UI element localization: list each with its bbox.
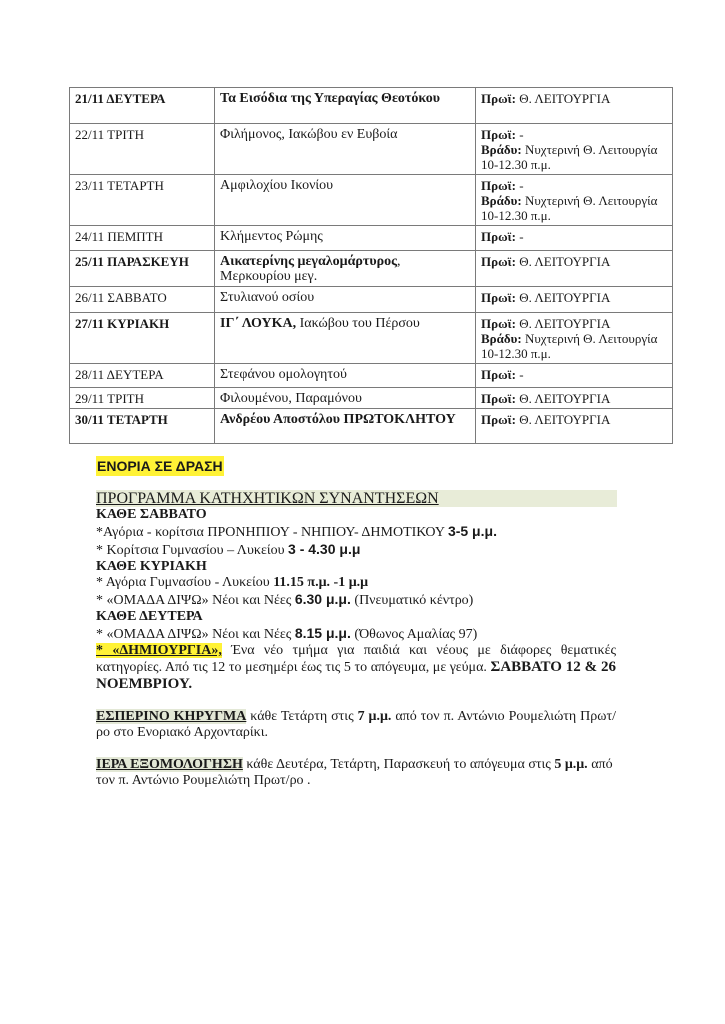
schedule-services: Πρωϊ: Θ. ΛΕΙΤΟΥΡΓΙΑ <box>476 251 673 287</box>
schedule-feast: Φιλήμονος, Ιακώβου εν Ευβοία <box>215 124 476 175</box>
sunday-heading: ΚΑΘΕ ΚΥΡΙΑΚΗ <box>96 559 616 575</box>
schedule-services: Πρωϊ: Θ. ΛΕΙΤΟΥΡΓΙΑ <box>476 388 673 409</box>
schedule-date: 21/11 ΔΕΥΤΕΡΑ <box>70 88 215 124</box>
sunday-item-1: * Αγόρια Γυμνασίου - Λυκείου 11.15 π.μ. … <box>96 575 616 591</box>
creativity-paragraph: * «ΔΗΜΙΟΥΡΓΙΑ», Ένα νέο τμήμα για παιδιά… <box>96 643 616 693</box>
schedule-row: 24/11 ΠΕΜΠΤΗΚλήμεντος ΡώμηςΠρωϊ: - <box>70 226 673 251</box>
schedule-feast: ΙΓ΄ ΛΟΥΚΑ, Ιακώβου του Πέρσου <box>215 313 476 364</box>
service-entry: Βράδυ: Νυχτερινή Θ. Λειτουργία 10-12.30 … <box>481 331 667 361</box>
schedule-row: 23/11 ΤΕΤΑΡΤΗΑμφιλοχίου ΙκονίουΠρωϊ: -Βρ… <box>70 175 673 226</box>
catechism-program-title: ΠΡΟΓΡΑΜΜΑ ΚΑΤΗΧΗΤΙΚΩΝ ΣΥΝΑΝΤΗΣΕΩΝ <box>96 490 617 507</box>
schedule-date: 30/11 ΤΕΤΑΡΤΗ <box>70 409 215 444</box>
saturday-item-1: *Αγόρια - κορίτσια ΠΡΟΝΗΠΙΟΥ - ΝΗΠΙΟΥ- Δ… <box>96 523 616 541</box>
schedule-row: 27/11 ΚΥΡΙΑΚΗΙΓ΄ ΛΟΥΚΑ, Ιακώβου του Πέρσ… <box>70 313 673 364</box>
schedule-row: 26/11 ΣΑΒΒΑΤΟΣτυλιανού οσίουΠρωϊ: Θ. ΛΕΙ… <box>70 287 673 313</box>
saturday-heading: ΚΑΘΕ ΣΑΒΒΑΤΟ <box>96 507 616 523</box>
sunday-item-2: * «ΟΜΑΔΑ ΔΙΨΩ» Νέοι και Νέες 6.30 μ.μ. (… <box>96 591 616 609</box>
schedule-feast: Στυλιανού οσίου <box>215 287 476 313</box>
schedule-date: 28/11 ΔΕΥΤΕΡΑ <box>70 364 215 388</box>
schedule-feast: Κλήμεντος Ρώμης <box>215 226 476 251</box>
schedule-date: 23/11 ΤΕΤΑΡΤΗ <box>70 175 215 226</box>
confession-paragraph: ΙΕΡΑ ΕΞΟΜΟΛΟΓΗΣΗ κάθε Δευτέρα, Τετάρτη, … <box>96 757 616 789</box>
service-entry: Πρωϊ: - <box>481 229 667 244</box>
schedule-services: Πρωϊ: Θ. ΛΕΙΤΟΥΡΓΙΑ <box>476 88 673 124</box>
schedule-feast: Στεφάνου ομολογητού <box>215 364 476 388</box>
schedule-row: 29/11 ΤΡΙΤΗΦιλουμένου, ΠαραμόνουΠρωϊ: Θ.… <box>70 388 673 409</box>
schedule-feast: Ανδρέου Αποστόλου ΠΡΩΤΟΚΛΗΤΟΥ <box>215 409 476 444</box>
service-entry: Πρωϊ: Θ. ΛΕΙΤΟΥΡΓΙΑ <box>481 412 667 427</box>
schedule-date: 22/11 ΤΡΙΤΗ <box>70 124 215 175</box>
saturday-item-2: * Κορίτσια Γυμνασίου – Λυκείου 3 - 4.30 … <box>96 541 616 559</box>
creativity-label: * «ΔΗΜΙΟΥΡΓΙΑ», <box>96 643 222 658</box>
schedule-row: 21/11 ΔΕΥΤΕΡΑΤα Εισόδια της Υπεραγίας Θε… <box>70 88 673 124</box>
schedule-feast: Αικατερίνης μεγαλομάρτυρος, Μερκουρίου μ… <box>215 251 476 287</box>
service-entry: Πρωϊ: Θ. ΛΕΙΤΟΥΡΓΙΑ <box>481 391 667 406</box>
service-entry: Πρωϊ: - <box>481 127 667 142</box>
schedule-row: 28/11 ΔΕΥΤΕΡΑΣτεφάνου ομολογητούΠρωϊ: - <box>70 364 673 388</box>
schedule-row: 25/11 ΠΑΡΑΣΚΕΥΗΑικατερίνης μεγαλομάρτυρο… <box>70 251 673 287</box>
schedule-services: Πρωϊ: -Βράδυ: Νυχτερινή Θ. Λειτουργία 10… <box>476 124 673 175</box>
service-entry: Πρωϊ: Θ. ΛΕΙΤΟΥΡΓΙΑ <box>481 254 667 269</box>
service-entry: Βράδυ: Νυχτερινή Θ. Λειτουργία 10-12.30 … <box>481 142 667 172</box>
schedule-date: 25/11 ΠΑΡΑΣΚΕΥΗ <box>70 251 215 287</box>
schedule-services: Πρωϊ: -Βράδυ: Νυχτερινή Θ. Λειτουργία 10… <box>476 175 673 226</box>
evening-sermon-label: ΕΣΠΕΡΙΝΟ ΚΗΡΥΓΜΑ <box>96 709 246 724</box>
confession-label: ΙΕΡΑ ΕΞΟΜΟΛΟΓΗΣΗ <box>96 757 243 772</box>
monday-item-1: * «ΟΜΑΔΑ ΔΙΨΩ» Νέοι και Νέες 8.15 μ.μ. (… <box>96 625 616 643</box>
schedule-feast: Τα Εισόδια της Υπεραγίας Θεοτόκου <box>215 88 476 124</box>
schedule-date: 29/11 ΤΡΙΤΗ <box>70 388 215 409</box>
schedule-row: 30/11 ΤΕΤΑΡΤΗΑνδρέου Αποστόλου ΠΡΩΤΟΚΛΗΤ… <box>70 409 673 444</box>
service-entry: Βράδυ: Νυχτερινή Θ. Λειτουργία 10-12.30 … <box>481 193 667 223</box>
monday-heading: ΚΑΘΕ ΔΕΥΤΕΡΑ <box>96 609 616 625</box>
service-entry: Πρωϊ: Θ. ΛΕΙΤΟΥΡΓΙΑ <box>481 91 667 106</box>
schedule-feast: Φιλουμένου, Παραμόνου <box>215 388 476 409</box>
schedule-services: Πρωϊ: Θ. ΛΕΙΤΟΥΡΓΙΑ <box>476 287 673 313</box>
parish-in-action-title: ΕΝΟΡΙΑ ΣΕ ΔΡΑΣΗ <box>96 456 224 476</box>
schedule-services: Πρωϊ: Θ. ΛΕΙΤΟΥΡΓΙΑΒράδυ: Νυχτερινή Θ. Λ… <box>476 313 673 364</box>
parish-activities-section: ΕΝΟΡΙΑ ΣΕ ΔΡΑΣΗ ΠΡΟΓΡΑΜΜΑ ΚΑΤΗΧΗΤΙΚΩΝ ΣΥ… <box>96 456 616 789</box>
service-entry: Πρωϊ: Θ. ΛΕΙΤΟΥΡΓΙΑ <box>481 316 667 331</box>
schedule-services: Πρωϊ: Θ. ΛΕΙΤΟΥΡΓΙΑ <box>476 409 673 444</box>
document-page: 21/11 ΔΕΥΤΕΡΑΤα Εισόδια της Υπεραγίας Θε… <box>0 0 725 1024</box>
schedule-date: 26/11 ΣΑΒΒΑΤΟ <box>70 287 215 313</box>
schedule-row: 22/11 ΤΡΙΤΗΦιλήμονος, Ιακώβου εν ΕυβοίαΠ… <box>70 124 673 175</box>
schedule-services: Πρωϊ: - <box>476 226 673 251</box>
evening-sermon-paragraph: ΕΣΠΕΡΙΝΟ ΚΗΡΥΓΜΑ κάθε Τετάρτη στις 7 μ.μ… <box>96 709 616 741</box>
schedule-date: 24/11 ΠΕΜΠΤΗ <box>70 226 215 251</box>
schedule-date: 27/11 ΚΥΡΙΑΚΗ <box>70 313 215 364</box>
schedule-feast: Αμφιλοχίου Ικονίου <box>215 175 476 226</box>
service-entry: Πρωϊ: - <box>481 367 667 382</box>
service-entry: Πρωϊ: Θ. ΛΕΙΤΟΥΡΓΙΑ <box>481 290 667 305</box>
schedule-services: Πρωϊ: - <box>476 364 673 388</box>
services-schedule-table: 21/11 ΔΕΥΤΕΡΑΤα Εισόδια της Υπεραγίας Θε… <box>69 87 673 444</box>
service-entry: Πρωϊ: - <box>481 178 667 193</box>
